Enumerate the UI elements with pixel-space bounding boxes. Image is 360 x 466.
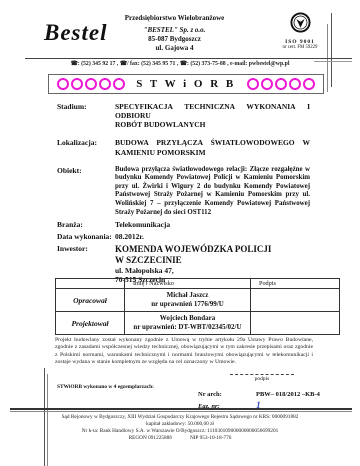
signature-cell: [251, 312, 340, 335]
field-lokalizacja: Lokalizacja: BUDOWA PRZYŁĄCZA ŚWIATŁOWOD…: [57, 138, 310, 156]
stadium-line: SPECYFIKACJA TECHNICZNA WYKONANIA I ODBI…: [115, 102, 310, 120]
footer-regon: REGON 091225886: [129, 435, 172, 442]
footer-ids-line: REGON 091225886 NIP 953-10-18-776: [28, 435, 332, 442]
stwiorb-banner: S T W i O R B: [48, 74, 324, 94]
field-value: 08.2012r.: [115, 232, 310, 241]
signature-dashed-line: [230, 374, 294, 375]
person-name: Michał Jaszcz: [125, 291, 250, 300]
magenta-circles-left: [56, 78, 126, 90]
company-logo: Bestel: [44, 20, 108, 46]
field-value: BUDOWA PRZYŁĄCZA ŚWIATŁOWODOWEGO W KAMIE…: [115, 138, 310, 156]
arch-number-value: PBW– 018/2012 –KB-4: [256, 391, 320, 398]
scan-mark-top-right: [331, 13, 332, 87]
document-fields: Stadium: SPECYFIKACJA TECHNICZNA WYKONAN…: [57, 102, 310, 285]
magenta-circle-icon: [99, 78, 111, 90]
footer-rule-thin: [10, 411, 352, 412]
footer-bank-line: Nr k-ta: Bank Handlowy S.A. w Warszawie …: [28, 428, 332, 435]
field-label: Branża:: [57, 220, 115, 229]
field-branza: Branża: Telekomunikacja: [57, 220, 310, 229]
field-label: Data wykonania:: [57, 232, 115, 241]
footer-nip: NIP 953-10-18-776: [190, 435, 231, 442]
banner-title: S T W i O R B: [136, 78, 236, 90]
legal-paragraph: Projekt budowlany został wykonany zgodni…: [55, 337, 313, 366]
name-cell: Michał Jaszcz nr uprawnień 1776/99/U: [125, 289, 251, 312]
magenta-circle-icon: [289, 78, 301, 90]
iso-9001-icon: [290, 12, 311, 33]
company-address-block: Przedsiębiorstwo Wielobranżowe "BESTEL" …: [112, 14, 237, 53]
magenta-circle-icon: [71, 78, 83, 90]
arch-number-row: Nr arch: PBW– 018/2012 –KB-4: [198, 391, 330, 398]
signatures-table: Imię i Nazwisko Podpis Opracował Michał …: [55, 278, 340, 335]
empty-header-cell: [56, 279, 125, 289]
name-cell: Wojciech Bondara nr uprawnień: DT-WBT/02…: [125, 312, 251, 335]
magenta-circle-icon: [247, 78, 259, 90]
signature-column-header: Podpis: [251, 279, 340, 289]
arch-number-label: Nr arch:: [198, 391, 256, 398]
person-cert: nr uprawnień: DT-WBT/02345/02/U: [125, 323, 250, 332]
copies-note: STWiORB wykonano w 4 egzemplarzach:: [57, 384, 154, 390]
table-header-row: Imię i Nazwisko Podpis: [56, 279, 340, 289]
field-label: Stadium:: [57, 102, 115, 129]
field-stadium: Stadium: SPECYFIKACJA TECHNICZNA WYKONAN…: [57, 102, 310, 129]
person-cert: nr uprawnień 1776/99/U: [125, 300, 250, 309]
field-value: Budowa przyłącza światłowodowego relacji…: [115, 166, 310, 217]
person-name: Wojciech Bondara: [125, 314, 250, 323]
signature-label: podpis: [230, 376, 294, 382]
role-cell: Opracował: [56, 289, 125, 312]
magenta-circle-icon: [85, 78, 97, 90]
investor-line: KOMENDA WOJEWÓDZKA POLICJI: [115, 244, 310, 255]
footer-legal-block: Sąd Rejonowy w Bydgoszczy, XIII Wydział …: [28, 414, 332, 442]
iso-badge: ISO 9001 nr cert. FM 59229: [276, 12, 324, 50]
signature-cell: [251, 289, 340, 312]
field-label: Obiekt:: [57, 166, 115, 217]
iso-cert-number: nr cert. FM 59229: [276, 45, 324, 50]
table-row: Projektował Wojciech Bondara nr uprawnie…: [56, 312, 340, 335]
footer-capital-line: kapitał zakładowy: 50.000,00 zł: [28, 421, 332, 428]
investor-line: ul. Małopolska 47,: [115, 266, 310, 275]
lokalizacja-line: KAMIENIU POMORSKIM: [115, 148, 310, 157]
document-page: Bestel Przedsiębiorstwo Wielobranżowe "B…: [0, 0, 360, 466]
magenta-circle-icon: [303, 78, 315, 90]
magenta-circle-icon: [275, 78, 287, 90]
magenta-circle-icon: [261, 78, 273, 90]
company-name: Przedsiębiorstwo Wielobranżowe: [112, 14, 237, 23]
contact-line: ☎: (52) 345 92 17 , ☎/ fax: (52) 345 95 …: [40, 61, 320, 67]
field-data-wykonania: Data wykonania: 08.2012r.: [57, 232, 310, 241]
field-label: Lokalizacja:: [57, 138, 115, 156]
role-cell: Projektował: [56, 312, 125, 335]
field-value: SPECYFIKACJA TECHNICZNA WYKONANIA I ODBI…: [115, 102, 310, 129]
lokalizacja-line: BUDOWA PRZYŁĄCZA ŚWIATŁOWODOWEGO W: [115, 138, 310, 147]
footer-rule: [10, 408, 352, 410]
company-zip-city: 85-087 Bydgoszcz: [112, 35, 237, 44]
name-column-header: Imię i Nazwisko: [125, 279, 251, 289]
company-legal-name: "BESTEL" Sp. z o.o.: [112, 26, 237, 35]
field-value: Telekomunikacja: [115, 220, 310, 229]
field-obiekt: Obiekt: Budowa przyłącza światłowodowego…: [57, 166, 310, 217]
magenta-circle-icon: [57, 78, 69, 90]
magenta-circles-right: [246, 78, 316, 90]
header-rule: [25, 58, 352, 59]
company-street: ul. Gajowa 4: [112, 44, 237, 53]
magenta-circle-icon: [113, 78, 125, 90]
table-row: Opracował Michał Jaszcz nr uprawnień 177…: [56, 289, 340, 312]
stadium-line: ROBÓT BUDOWLANYCH: [115, 120, 310, 129]
footer-court-line: Sąd Rejonowy w Bydgoszczy, XIII Wydział …: [28, 414, 332, 421]
investor-line: W SZCZECINIE: [115, 255, 310, 266]
